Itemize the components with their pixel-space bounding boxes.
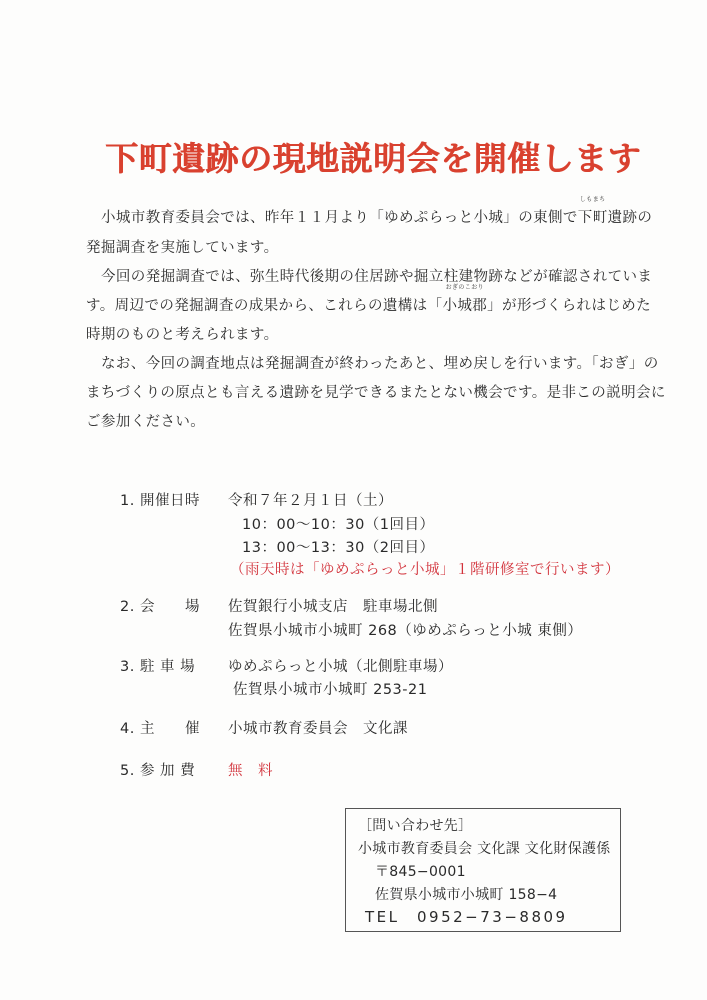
intro-p1-line2: 発掘調査を実施しています。 bbox=[86, 236, 279, 257]
furigana: おぎのこおり bbox=[446, 285, 484, 291]
ruby-shimomachi: しもまち下町 bbox=[578, 206, 608, 227]
contact-postal: 〒845−0001 bbox=[375, 861, 466, 881]
intro-p2-line2: す。周辺での発掘調査の成果から、これらの遺構は「おぎのこおり小城郡」が形づくられ… bbox=[86, 294, 651, 315]
page-title: 下町遺跡の現地説明会を開催します bbox=[105, 133, 600, 180]
detail-parking-address: 佐賀県小城市小城町 253-21 bbox=[233, 678, 427, 699]
detail-parking-value: ゆめぷらっと小城（北側駐車場） bbox=[228, 655, 453, 676]
detail-time-2: 13：00～13：30（2回目） bbox=[242, 536, 435, 557]
detail-time-1: 10：00～10：30（1回目） bbox=[242, 513, 435, 534]
detail-venue-label: 2. 会 場 bbox=[120, 595, 200, 616]
contact-heading: ［問い合わせ先］ bbox=[358, 815, 472, 835]
ruby-base: 下町 bbox=[578, 210, 608, 226]
furigana: しもまち bbox=[580, 197, 606, 203]
intro-text: 」が形づくられはじめた bbox=[487, 298, 651, 314]
intro-text: 小城市教育委員会では、昨年１１月より「ゆめぷらっと小城」の東側で bbox=[101, 210, 578, 226]
contact-org: 小城市教育委員会 文化課 文化財保護係 bbox=[358, 838, 611, 858]
detail-date-label: 1. 開催日時 bbox=[120, 489, 200, 510]
detail-date-value: 令和７年２月１日（土） bbox=[228, 489, 393, 510]
detail-fee-value: 無 料 bbox=[228, 759, 273, 780]
intro-p1-line1: 小城市教育委員会では、昨年１１月より「ゆめぷらっと小城」の東側でしもまち下町遺跡… bbox=[101, 206, 652, 227]
rain-note: （雨天時は「ゆめぷらっと小城」１階研修室で行います） bbox=[230, 558, 620, 579]
intro-p2-line3: 時期のものと考えられます。 bbox=[86, 323, 279, 344]
ruby-ogi-no-koori: おぎのこおり小城郡 bbox=[442, 294, 487, 315]
detail-venue-address: 佐賀県小城市小城町 268（ゆめぷらっと小城 東側） bbox=[228, 619, 582, 640]
detail-fee-label: 5. 参 加 費 bbox=[120, 759, 195, 780]
detail-organizer-value: 小城市教育委員会 文化課 bbox=[228, 717, 408, 738]
intro-text: 遺跡の bbox=[608, 210, 653, 226]
intro-p3-line1: なお、今回の調査地点は発掘調査が終わったあと、埋め戻しを行います。「おぎ」の bbox=[101, 352, 659, 373]
contact-address: 佐賀県小城市小城町 158−4 bbox=[375, 884, 557, 904]
detail-parking-label: 3. 駐 車 場 bbox=[120, 655, 195, 676]
intro-text: す。周辺での発掘調査の成果から、これらの遺構は「 bbox=[86, 298, 442, 314]
intro-p3-line3: ご参加ください。 bbox=[86, 410, 205, 431]
contact-tel: TEL 0952−73−8809 bbox=[365, 906, 568, 927]
ruby-base: 小城郡 bbox=[442, 298, 487, 314]
intro-p3-line2: まちづくりの原点とも言える遺跡を見学できるまたとない機会です。是非この説明会に bbox=[86, 381, 666, 402]
detail-venue-value: 佐賀銀行小城支店 駐車場北側 bbox=[228, 595, 438, 616]
detail-organizer-label: 4. 主 催 bbox=[120, 717, 200, 738]
intro-p2-line1: 今回の発掘調査では、弥生時代後期の住居跡や掘立柱建物跡などが確認されていま bbox=[101, 265, 652, 286]
